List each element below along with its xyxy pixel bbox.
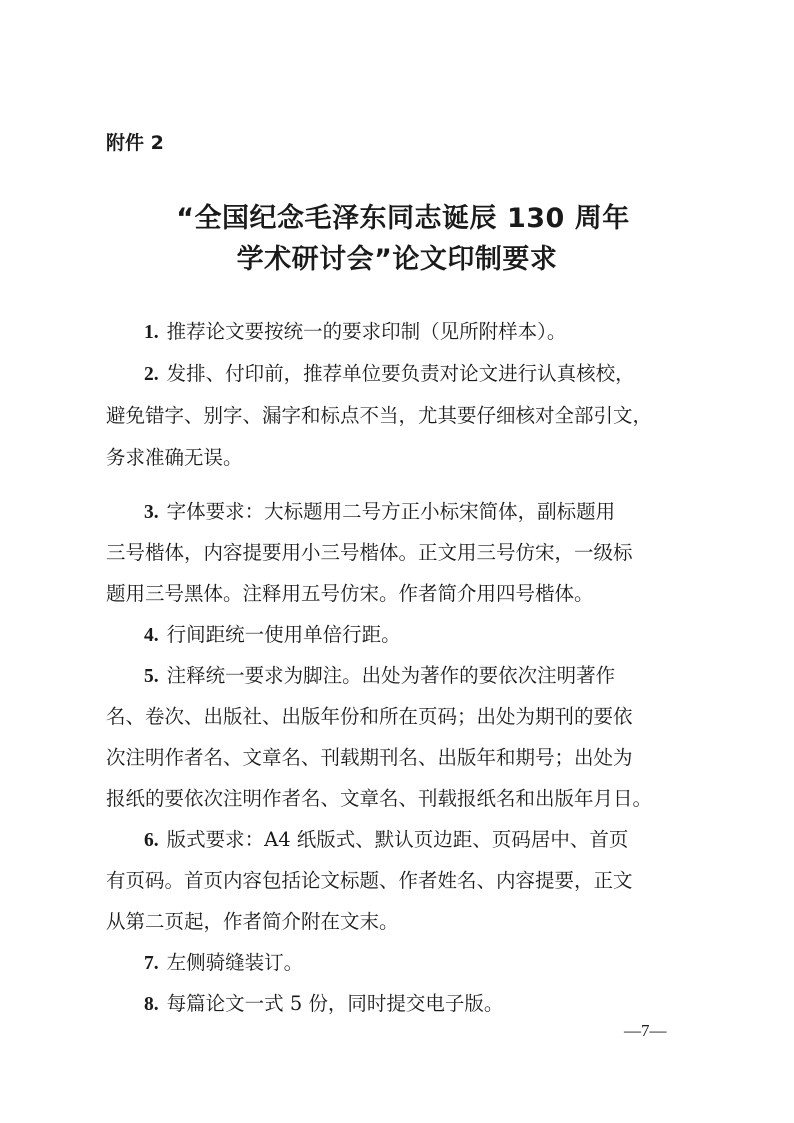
item-3-line-2: 三号楷体，内容提要用小三号楷体。正文用三号仿宋，一级标 bbox=[106, 539, 633, 567]
item-number: 5. bbox=[144, 666, 159, 687]
item-text: 注释统一要求为脚注。出处为著作的要依次注明著作 bbox=[167, 664, 616, 687]
item-7-line-1: 7.左侧骑缝装订。 bbox=[144, 949, 303, 977]
item-8-line-1: 8.每篇论文一式 5 份，同时提交电子版。 bbox=[144, 990, 503, 1018]
item-3-line-1: 3.字体要求：大标题用二号方正小标宋简体，副标题用 bbox=[144, 498, 615, 526]
item-6-line-3: 从第二页起，作者简介附在文末。 bbox=[106, 908, 399, 936]
item-2-line-1: 2.发排、付印前，推荐单位要负责对论文进行认真核校， bbox=[144, 360, 635, 388]
item-2-line-2: 避免错字、别字、漏字和标点不当，尤其要仔细核对全部引文， bbox=[106, 402, 652, 430]
item-number: 1. bbox=[144, 322, 159, 343]
item-text: 发排、付印前，推荐单位要负责对论文进行认真核校， bbox=[167, 362, 635, 385]
item-number: 2. bbox=[144, 364, 159, 385]
item-text: 字体要求：大标题用二号方正小标宋简体，副标题用 bbox=[167, 500, 616, 523]
item-5-line-3: 次注明作者名、文章名、刊载期刊名、出版年和期号；出处为 bbox=[106, 744, 633, 772]
item-6-line-1: 6.版式要求：A4 纸版式、默认页边距、页码居中、首页 bbox=[144, 826, 628, 854]
item-text: 推荐论文要按统一的要求印制（见所附样本）。 bbox=[167, 320, 567, 343]
item-number: 7. bbox=[144, 953, 159, 974]
item-5-line-4: 报纸的要依次注明作者名、文章名、刊载报纸名和出版年月日。 bbox=[106, 785, 652, 813]
item-number: 4. bbox=[144, 625, 159, 646]
item-number: 3. bbox=[144, 502, 159, 523]
item-text: 行间距统一使用单倍行距。 bbox=[167, 623, 401, 646]
item-2-line-3: 务求准确无误。 bbox=[106, 444, 243, 472]
document-title-line-1: “全国纪念毛泽东同志诞辰 130 周年 bbox=[6, 196, 794, 235]
item-5-line-2: 名、卷次、出版社、出版年份和所在页码；出处为期刊的要依 bbox=[106, 703, 633, 731]
item-text: 每篇论文一式 5 份，同时提交电子版。 bbox=[167, 992, 504, 1015]
item-1-line-1: 1.推荐论文要按统一的要求印制（见所附样本）。 bbox=[144, 318, 566, 346]
document-title-line-2: 学术研讨会”论文印制要求 bbox=[0, 237, 794, 276]
page-number: —7— bbox=[624, 1021, 667, 1041]
item-text: 左侧骑缝装订。 bbox=[167, 951, 304, 974]
item-number: 8. bbox=[144, 994, 159, 1015]
item-3-line-3: 题用三号黑体。注释用五号仿宋。作者简介用四号楷体。 bbox=[106, 580, 594, 608]
item-4-line-1: 4.行间距统一使用单倍行距。 bbox=[144, 621, 401, 649]
item-6-line-2: 有页码。首页内容包括论文标题、作者姓名、内容提要，正文 bbox=[106, 867, 633, 895]
item-number: 6. bbox=[144, 830, 159, 851]
attachment-label: 附件 2 bbox=[106, 128, 164, 155]
item-text: 版式要求：A4 纸版式、默认页边距、页码居中、首页 bbox=[167, 828, 629, 851]
item-5-line-1: 5.注释统一要求为脚注。出处为著作的要依次注明著作 bbox=[144, 662, 615, 690]
